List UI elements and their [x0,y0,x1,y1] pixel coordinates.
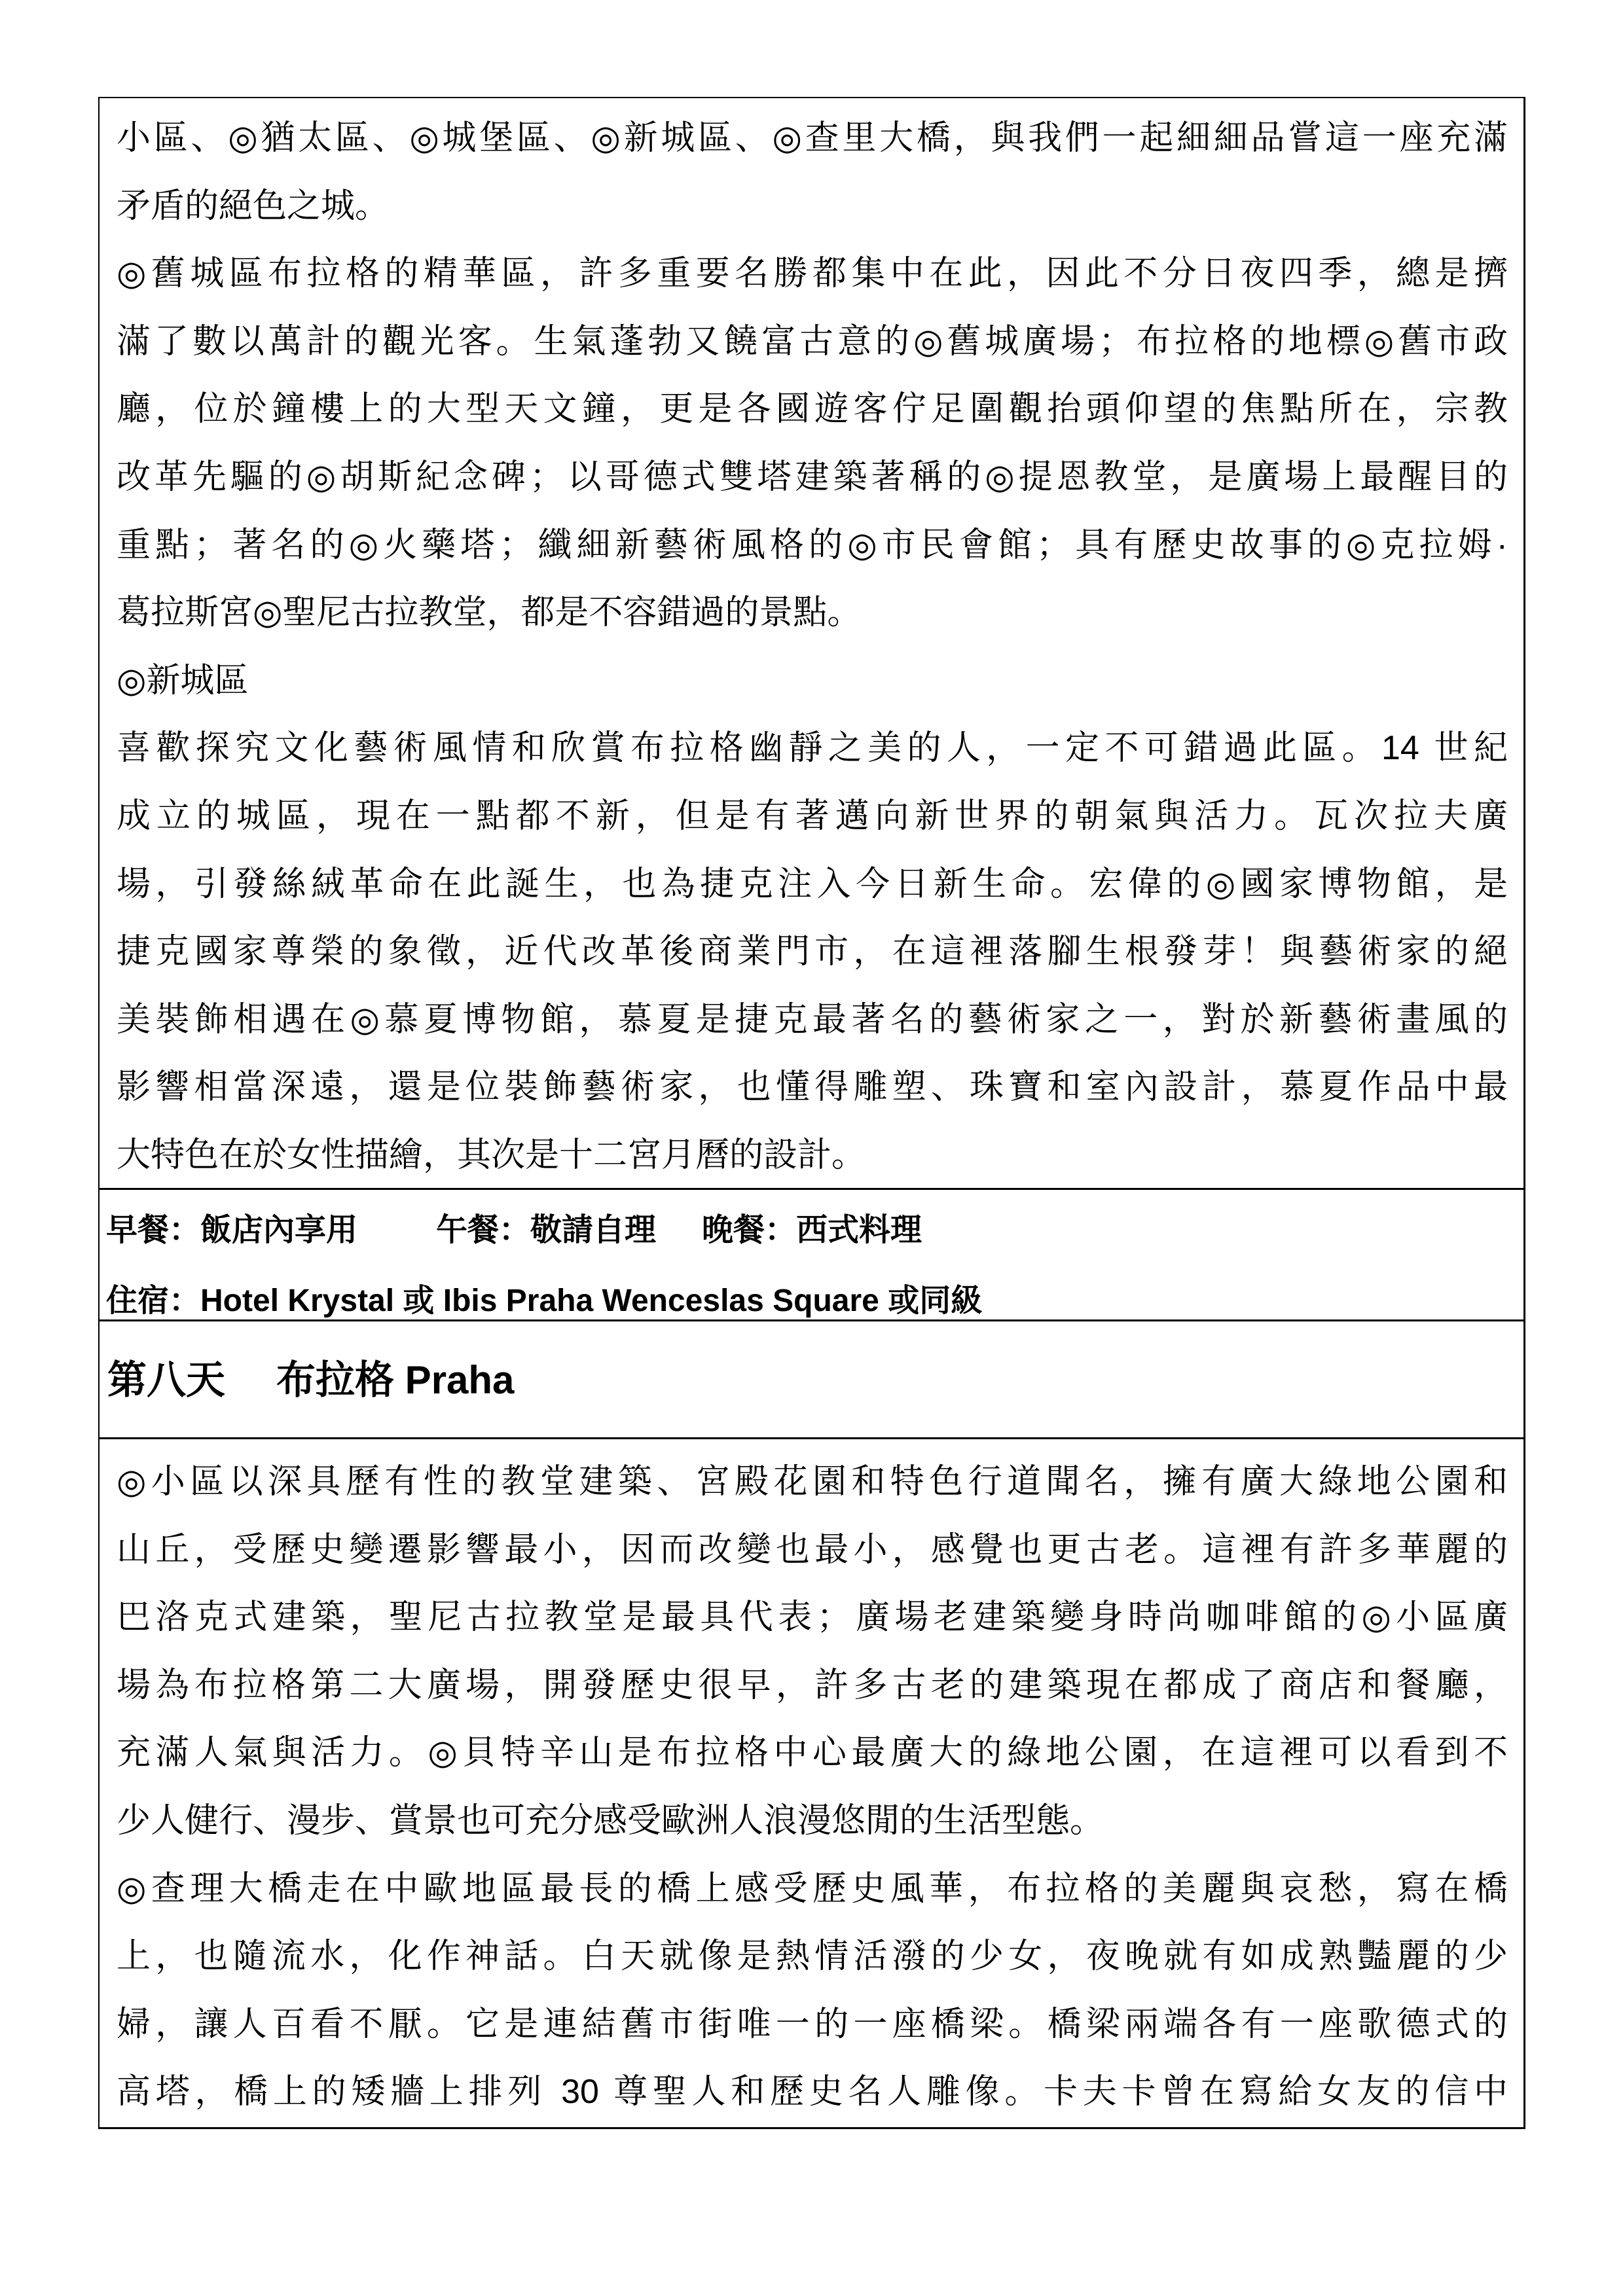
text-line: 成立的城區，現在一點都不新，但是有著邁向新世界的朝氣與活力。瓦次拉夫廣 [117,783,1508,851]
description-top-cell: 小區、◎猶太區、◎城堡區、◎新城區、◎查里大橋，與我們一起細細品嘗這一座充滿矛盾… [100,98,1523,1190]
accommodation-line: 住宿：Hotel Krystal 或 Ibis Praha Wenceslas … [106,1266,1508,1321]
day-number: 第八天 [107,1358,225,1402]
text-line: 婦，讓人百看不厭。它是連結舊市街唯一的一座橋梁。橋梁兩端各有一座歌德式的 [117,1991,1508,2059]
text-line: 廳，位於鐘樓上的大型天文鐘，更是各國遊客佇足圍觀抬頭仰望的焦點所在，宗教 [117,376,1508,444]
text-line: 捷克國家尊榮的象徵，近代改革後商業門市，在這裡落腳生根發芽！與藝術家的絕 [117,918,1508,986]
text-line: 高塔，橋上的矮牆上排列 30 尊聖人和歷史名人雕像。卡夫卡曾在寫給女友的信中 [117,2058,1508,2123]
text-line: ◎舊城區布拉格的精華區，許多重要名勝都集中在此，因此不分日夜四季，總是擠 [117,240,1508,308]
text-line: 少人健行、漫步、賞景也可充分感受歐洲人浪漫悠閒的生活型態。 [117,1787,1508,1856]
day-title: 布拉格 Praha [276,1358,514,1402]
text-line: 改革先驅的◎胡斯紀念碑；以哥德式雙塔建築著稱的◎提恩教堂，是廣場上最醒目的 [117,444,1508,512]
description-bottom-cell: ◎小區以深具歷有性的教堂建築、宮殿花園和特色行道聞名，擁有廣大綠地公園和山丘，受… [100,1439,1523,2123]
text-line: 場，引發絲絨革命在此誕生，也為捷克注入今日新生命。宏偉的◎國家博物館，是 [117,851,1508,919]
meals-accommodation-row: 早餐：飯店內享用午餐：敬請自理晚餐：西式料理 住宿：Hotel Krystal … [100,1190,1523,1321]
day-header-row: 第八天布拉格 Praha [100,1321,1523,1439]
text-line: ◎小區以深具歷有性的教堂建築、宮殿花園和特色行道聞名，擁有廣大綠地公園和 [117,1448,1508,1516]
document-page: 小區、◎猶太區、◎城堡區、◎新城區、◎查里大橋，與我們一起細細品嘗這一座充滿矛盾… [0,0,1623,2296]
lunch-text: 午餐：敬請自理 [436,1213,656,1247]
itinerary-table: 小區、◎猶太區、◎城堡區、◎新城區、◎查里大橋，與我們一起細細品嘗這一座充滿矛盾… [98,97,1525,2129]
text-line: ◎查理大橋走在中歐地區最長的橋上感受歷史風華，布拉格的美麗與哀愁，寫在橋 [117,1856,1508,1924]
day-header-line: 第八天布拉格 Praha [107,1354,1508,1407]
text-line: 美裝飾相遇在◎慕夏博物館，慕夏是捷克最著名的藝術家之一，對於新藝術畫風的 [117,986,1508,1054]
text-line: 小區、◎猶太區、◎城堡區、◎新城區、◎查里大橋，與我們一起細細品嘗這一座充滿 [117,105,1508,173]
text-line: 巴洛克式建築，聖尼古拉教堂是最具代表；廣場老建築變身時尚咖啡館的◎小區廣 [117,1584,1508,1652]
text-line: 矛盾的絕色之城。 [117,173,1508,241]
breakfast-text: 早餐：飯店內享用 [106,1213,357,1247]
text-line: 影響相當深遠，還是位裝飾藝術家，也懂得雕塑、珠寶和室內設計，慕夏作品中最 [117,1054,1508,1122]
text-line: ◎新城區 [117,647,1508,715]
text-line: 山丘，受歷史變遷影響最小，因而改變也最小，感覺也更古老。這裡有許多華麗的 [117,1516,1508,1585]
text-line: 滿了數以萬計的觀光客。生氣蓬勃又饒富古意的◎舊城廣場；布拉格的地標◎舊市政 [117,308,1508,376]
meals-line: 早餐：飯店內享用午餐：敬請自理晚餐：西式料理 [106,1195,1508,1266]
text-line: 重點；著名的◎火藥塔；纖細新藝術風格的◎市民會館；具有歷史故事的◎克拉姆· [117,512,1508,580]
text-line: 場為布拉格第二大廣場，開發歷史很早，許多古老的建築現在都成了商店和餐廳， [117,1652,1508,1720]
accommodation-text: 住宿：Hotel Krystal 或 Ibis Praha Wenceslas … [106,1283,982,1318]
text-line: 喜歡探究文化藝術風情和欣賞布拉格幽靜之美的人，一定不可錯過此區。14 世紀 [117,715,1508,783]
text-line: 葛拉斯宮◎聖尼古拉教堂，都是不容錯過的景點。 [117,579,1508,647]
text-line: 大特色在於女性描繪，其次是十二宮月曆的設計。 [117,1122,1508,1190]
dinner-text: 晚餐：西式料理 [702,1213,922,1247]
text-line: 充滿人氣與活力。◎貝特辛山是布拉格中心最廣大的綠地公園，在這裡可以看到不 [117,1719,1508,1787]
text-line: 上，也隨流水，化作神話。白天就像是熱情活潑的少女，夜晚就有如成熟豔麗的少 [117,1923,1508,1991]
